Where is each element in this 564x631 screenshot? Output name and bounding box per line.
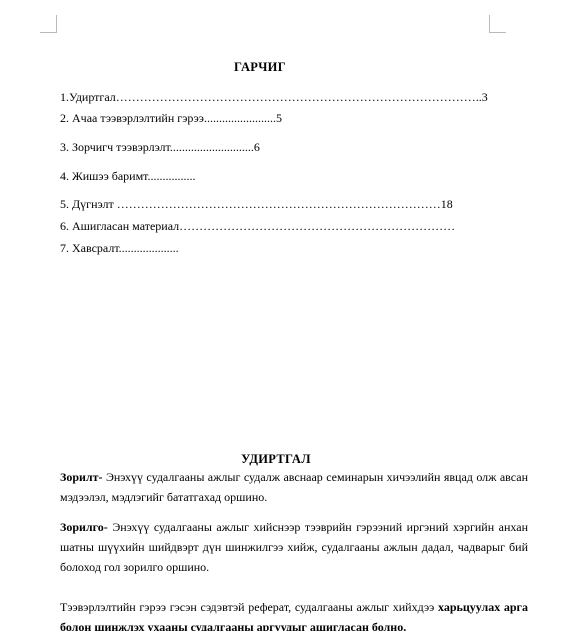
toc-item-introduction: 1.Удиртгал………………………………………………………………………………… (60, 90, 488, 104)
paragraph-goal: Зорилго- Энэхүү судалгааны ажлыг хийснээ… (60, 517, 528, 577)
toc-item-conclusion: 5. Дүгнэлт ………………………………………………………………………18 (60, 197, 453, 211)
paragraph-objective-text: Энэхүү судалгааны ажлыг судалж авснаар с… (60, 470, 528, 504)
paragraph-objective: Зорилт- Энэхүү судалгааны ажлыг судалж а… (60, 467, 528, 507)
toc-item-references: 6. Ашигласан материал…………………………………………………… (60, 219, 455, 233)
paragraph-goal-label: Зорилго- (60, 520, 108, 534)
toc-item-appendix: 7. Хавсралт.................... (60, 241, 179, 255)
paragraph-methods-text: Тээвэрлэлтийн гэрээ гэсэн сэдэвтэй рефер… (60, 600, 438, 614)
paragraph-goal-text: Энэхүү судалгааны ажлыг хийснээр тээврий… (60, 520, 528, 574)
toc-item-cargo-contract: 2. Ачаа тээвэрлэлтийн гэрээ.............… (60, 111, 282, 125)
page-corner-mark-top-right (489, 15, 506, 33)
paragraph-objective-label: Зорилт- (60, 470, 103, 484)
paragraph-methods: Тээвэрлэлтийн гэрээ гэсэн сэдэвтэй рефер… (60, 597, 528, 631)
toc-item-passenger-transport: 3. Зорчигч тээвэрлэлт...................… (60, 140, 260, 154)
toc-title: ГАРЧИГ (20, 60, 500, 75)
toc-item-example-document: 4. Жишээ баримт................ (60, 169, 196, 183)
section-title-introduction: УДИРТГАЛ (60, 452, 492, 467)
page-corner-mark-top-left (40, 15, 57, 33)
